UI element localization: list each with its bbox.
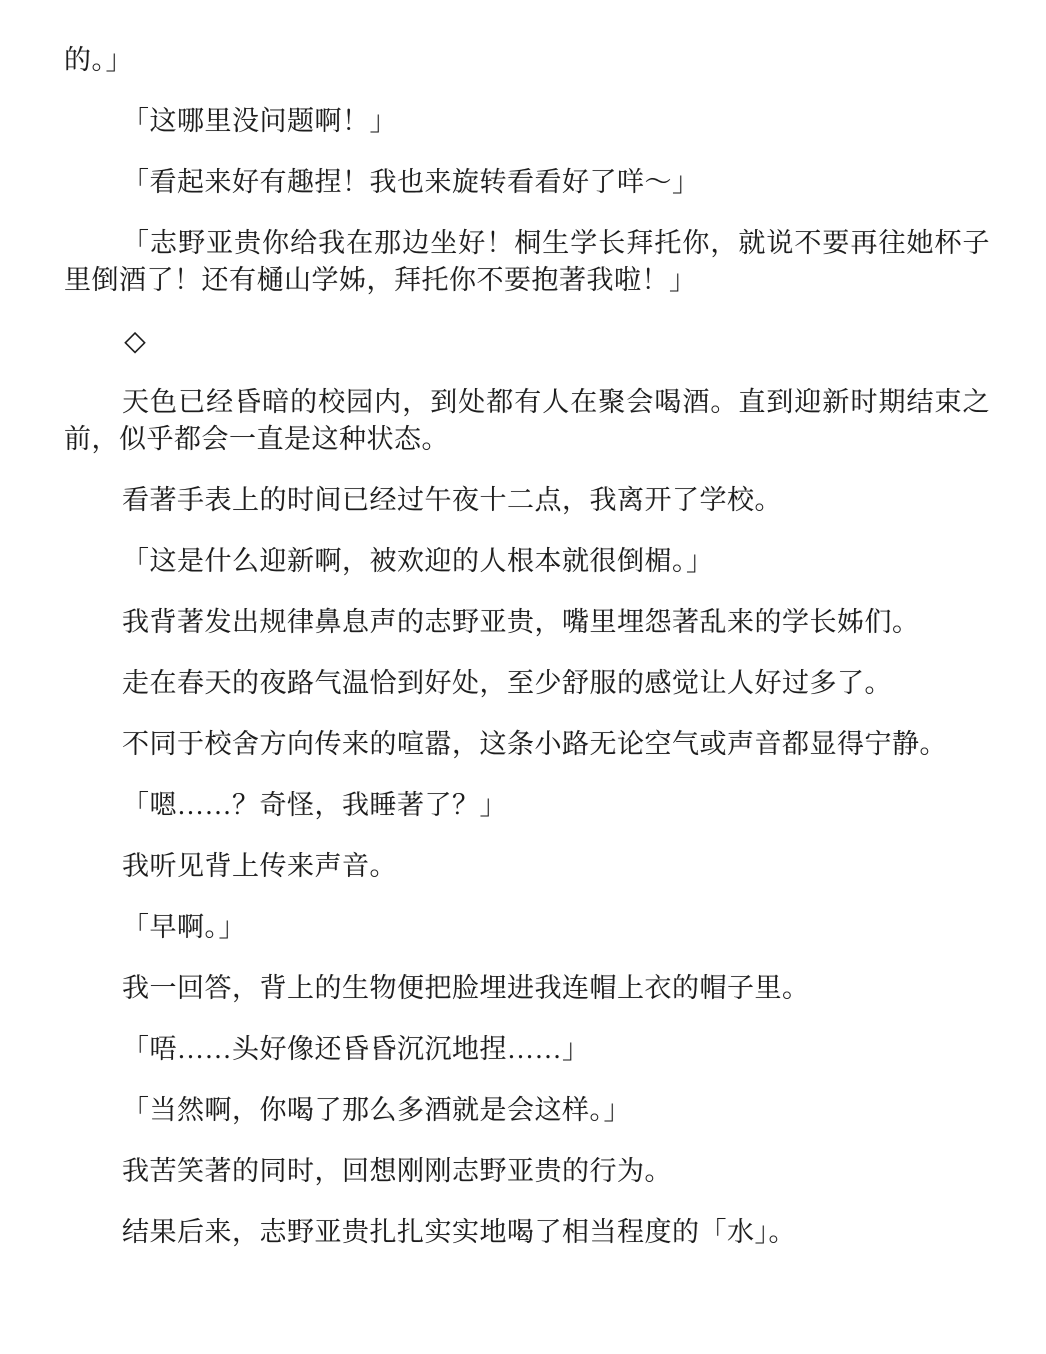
paragraph: 「唔……头好像还昏昏沉沉地捏……」 bbox=[64, 1031, 990, 1068]
paragraph: 天色已经昏暗的校园内，到处都有人在聚会喝酒。直到迎新时期结束之前，似乎都会一直是… bbox=[64, 384, 990, 458]
paragraph: 「这哪里没问题啊！」 bbox=[64, 103, 990, 140]
paragraph: 我听见背上传来声音。 bbox=[64, 848, 990, 885]
paragraph: 「这是什么迎新啊，被欢迎的人根本就很倒楣。」 bbox=[64, 543, 990, 580]
paragraph: 结果后来，志野亚贵扎扎实实地喝了相当程度的「水」。 bbox=[64, 1214, 990, 1251]
novel-text-page: 的。」「这哪里没问题啊！」「看起来好有趣捏！我也来旋转看看好了咩～」「志野亚贵你… bbox=[0, 0, 1046, 1354]
paragraph: 走在春天的夜路气温恰到好处，至少舒服的感觉让人好过多了。 bbox=[64, 665, 990, 702]
paragraph: 看著手表上的时间已经过午夜十二点，我离开了学校。 bbox=[64, 482, 990, 519]
paragraph: 「嗯……？奇怪，我睡著了？」 bbox=[64, 787, 990, 824]
paragraph: 「看起来好有趣捏！我也来旋转看看好了咩～」 bbox=[64, 164, 990, 201]
section-divider: ◇ bbox=[64, 323, 990, 360]
paragraph: 「志野亚贵你给我在那边坐好！桐生学长拜托你，就说不要再往她杯子里倒酒了！还有樋山… bbox=[64, 225, 990, 299]
paragraph: 「早啊。」 bbox=[64, 909, 990, 946]
paragraph: 的。」 bbox=[64, 42, 990, 79]
paragraph: 我苦笑著的同时，回想刚刚志野亚贵的行为。 bbox=[64, 1153, 990, 1190]
paragraph: 不同于校舍方向传来的喧嚣，这条小路无论空气或声音都显得宁静。 bbox=[64, 726, 990, 763]
paragraph: 我一回答，背上的生物便把脸埋进我连帽上衣的帽子里。 bbox=[64, 970, 990, 1007]
paragraph: 「当然啊，你喝了那么多酒就是会这样。」 bbox=[64, 1092, 990, 1129]
paragraph: 我背著发出规律鼻息声的志野亚贵，嘴里埋怨著乱来的学长姊们。 bbox=[64, 604, 990, 641]
